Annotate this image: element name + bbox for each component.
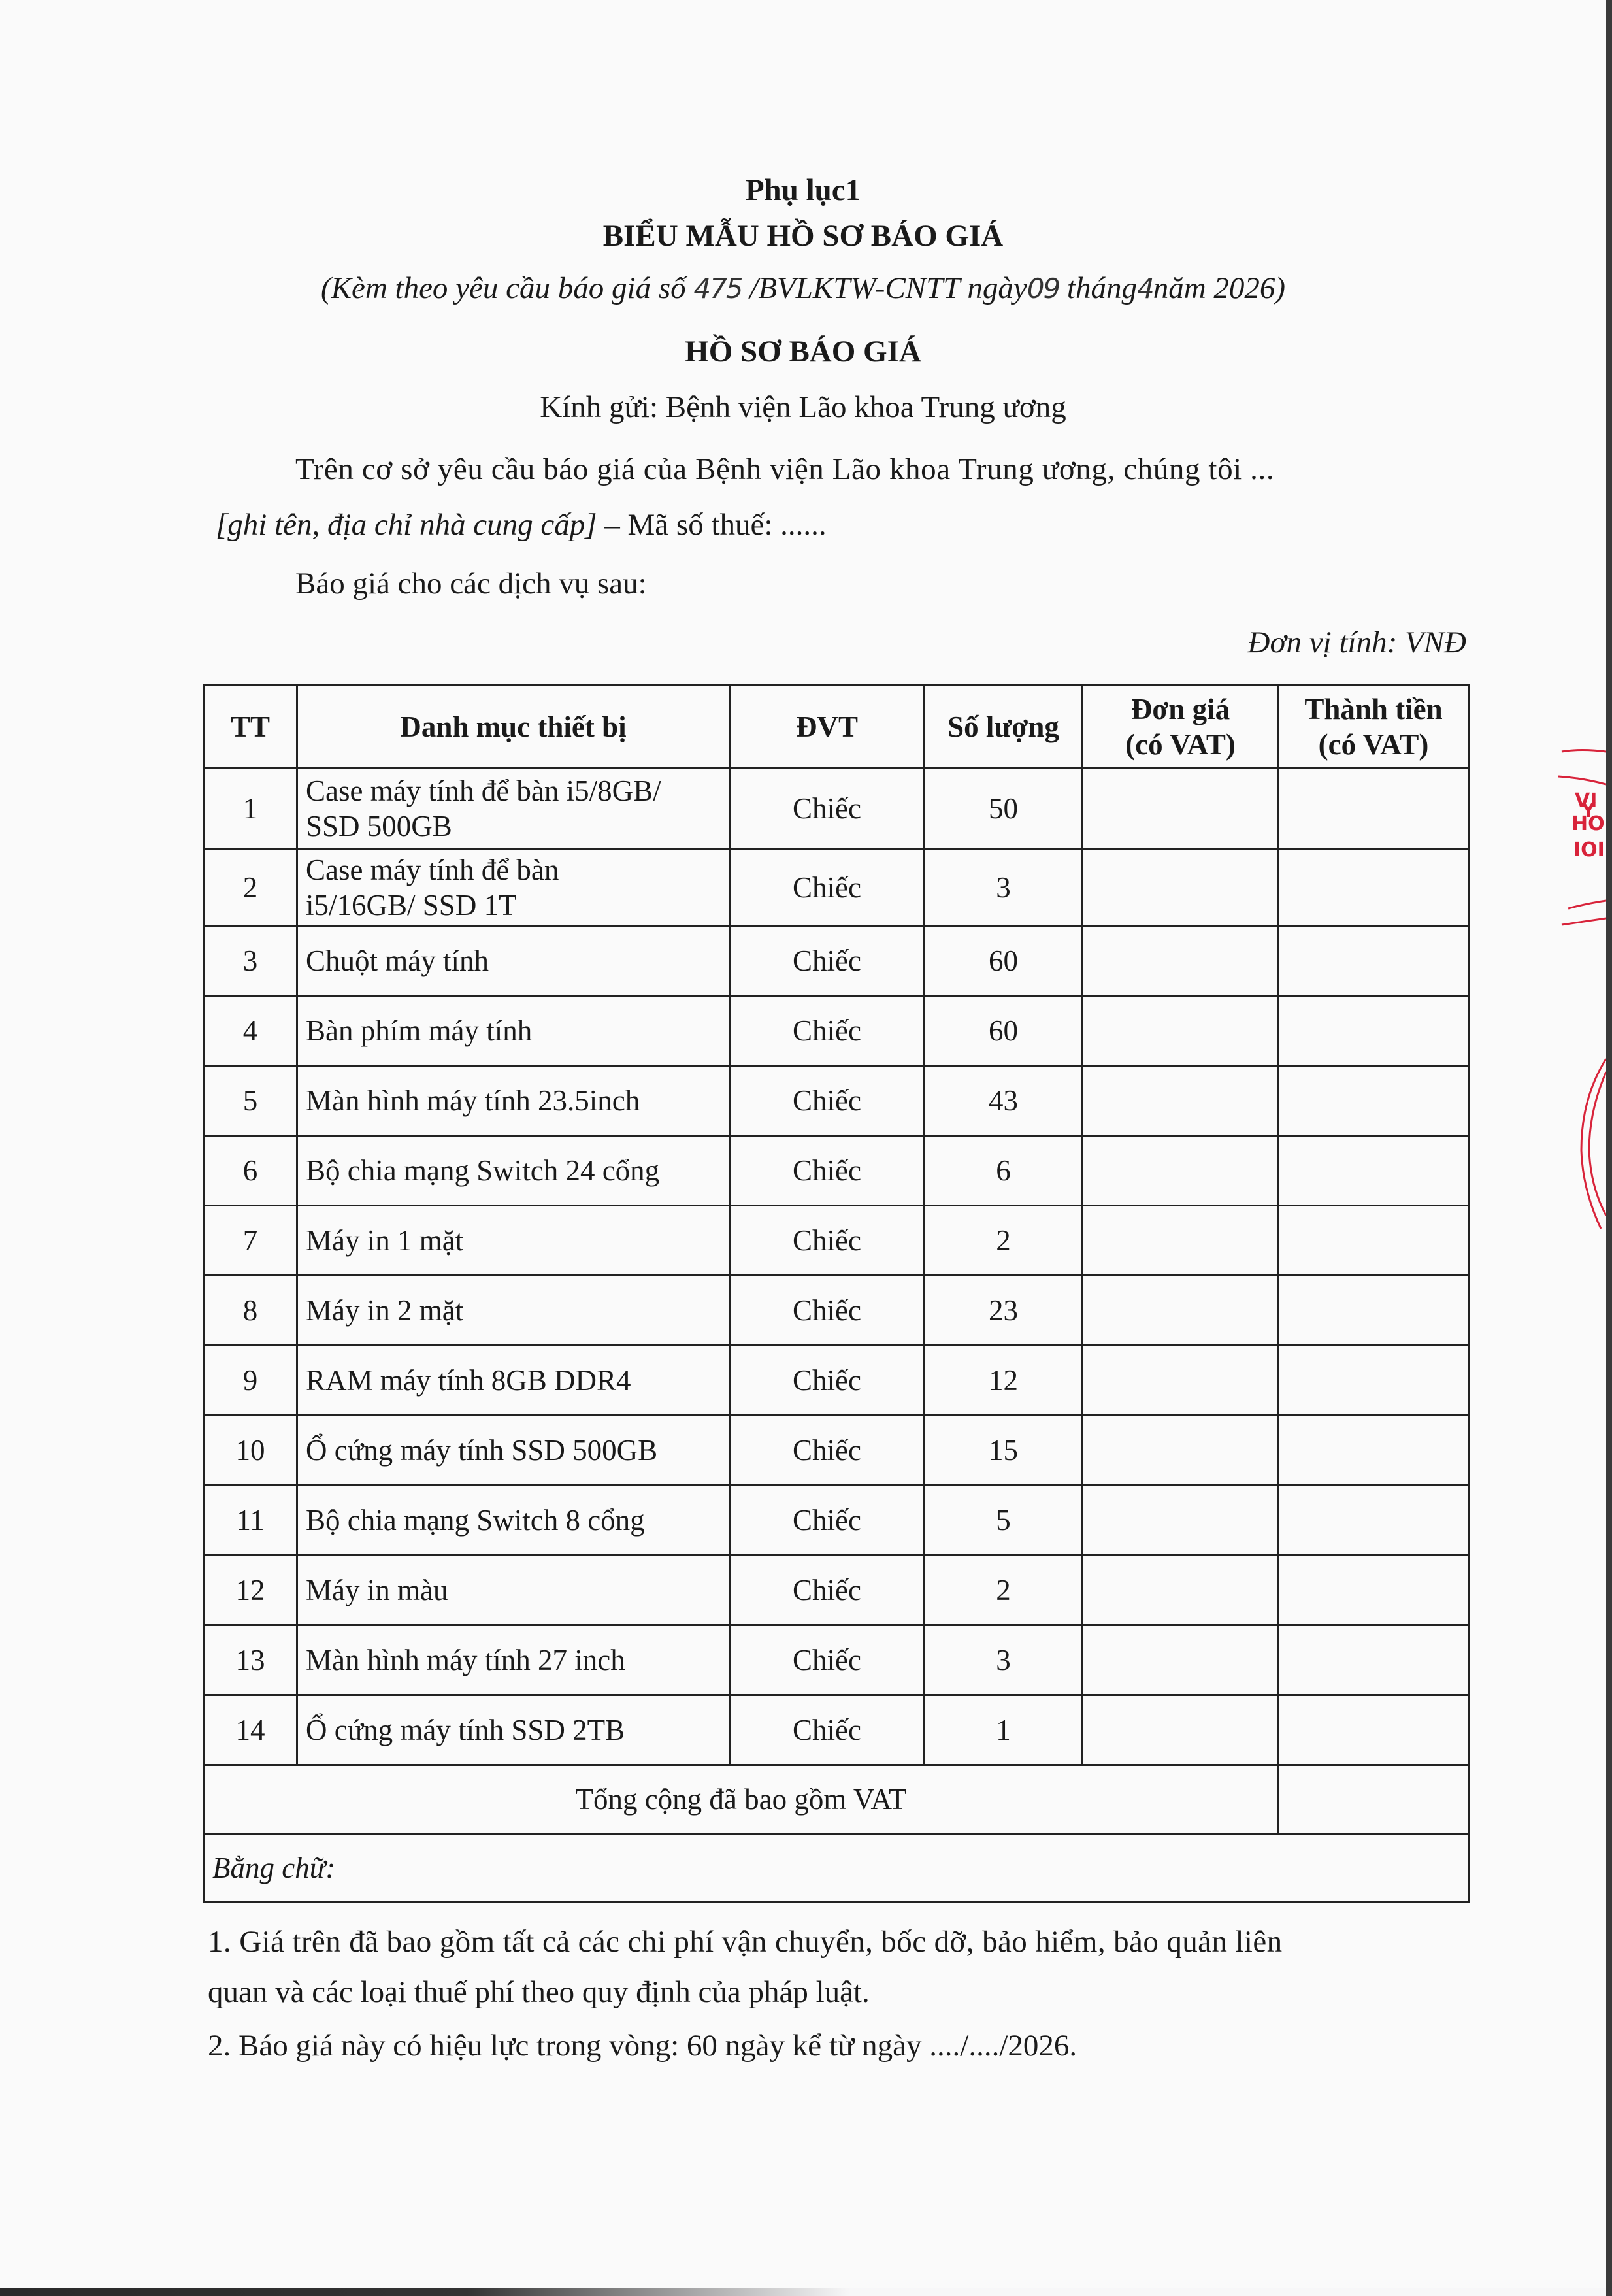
recipient-line: Kính gửi: Bệnh viện Lão khoa Trung ương [0, 392, 1606, 423]
svg-text:IOI: IOI [1573, 839, 1605, 861]
row-total-cell[interactable] [1279, 1695, 1469, 1765]
red-stamp-fragment: YVIHOIOI [1555, 732, 1606, 1242]
row-unit: Chiếc [730, 1066, 925, 1136]
row-price-cell[interactable] [1083, 1556, 1279, 1625]
quote-title: HỒ SƠ BÁO GIÁ [0, 337, 1606, 367]
note-2: 2. Báo giá này có hiệu lực trong vòng: 6… [208, 2031, 1077, 2061]
table-row: 1 Case máy tính để bàn i5/8GB/SSD 500GB … [204, 768, 1469, 850]
row-unit: Chiếc [730, 1276, 925, 1346]
total-value-cell[interactable] [1279, 1765, 1469, 1834]
row-name: Máy in 2 mặt [297, 1276, 730, 1346]
header-tt: TT [204, 686, 297, 768]
row-name-line2: i5/16GB/ SSD 1T [306, 889, 517, 922]
row-tt: 6 [204, 1136, 297, 1206]
row-name-line1: Case máy tính để bàn [306, 854, 559, 886]
row-total-cell[interactable] [1279, 1416, 1469, 1486]
row-unit: Chiếc [730, 1556, 925, 1625]
row-tt: 12 [204, 1556, 297, 1625]
header-price-line2: (có VAT) [1125, 728, 1236, 761]
row-unit: Chiếc [730, 850, 925, 926]
row-tt: 1 [204, 768, 297, 850]
table-row: 10Ổ cứng máy tính SSD 500GBChiếc15 [204, 1416, 1469, 1486]
row-name: Case máy tính để bàn i5/8GB/SSD 500GB [297, 768, 730, 850]
row-unit: Chiếc [730, 1136, 925, 1206]
handwritten-day: 09 [1027, 273, 1059, 305]
table-row: 13Màn hình máy tính 27 inchChiếc3 [204, 1625, 1469, 1695]
table-row: 9RAM máy tính 8GB DDR4Chiếc12 [204, 1346, 1469, 1416]
row-unit: Chiếc [730, 1625, 925, 1695]
table-header-row: TT Danh mục thiết bị ĐVT Số lượng Đơn gi… [204, 686, 1469, 768]
table-row: 6Bộ chia mạng Switch 24 cổngChiếc6 [204, 1136, 1469, 1206]
in-words-row: Bằng chữ: [204, 1834, 1469, 1902]
svg-text:VI: VI [1575, 790, 1597, 812]
header-unit: ĐVT [730, 686, 925, 768]
handwritten-number: 475 [693, 273, 742, 305]
header-name: Danh mục thiết bị [297, 686, 730, 768]
header-total: Thành tiền(có VAT) [1279, 686, 1469, 768]
row-tt: 3 [204, 926, 297, 996]
table-row: 12Máy in màuChiếc2 [204, 1556, 1469, 1625]
stamp-seal-icon: YVIHOIOI [1555, 732, 1606, 1242]
row-qty: 50 [925, 768, 1083, 850]
row-qty: 60 [925, 996, 1083, 1066]
row-name-line1: Case máy tính để bàn i5/8GB/ [306, 774, 661, 807]
in-words-label: Bằng chữ: [212, 1852, 335, 1884]
note-1-line-2: quan và các loại thuế phí theo quy định … [208, 1977, 870, 2008]
currency-note: Đơn vị tính: VNĐ [1111, 627, 1466, 658]
row-price-cell[interactable] [1083, 1346, 1279, 1416]
row-unit: Chiếc [730, 768, 925, 850]
row-total-cell[interactable] [1279, 850, 1469, 926]
row-name-line2: SSD 500GB [306, 810, 452, 842]
row-name: Case máy tính để bàni5/16GB/ SSD 1T [297, 850, 730, 926]
row-total-cell[interactable] [1279, 1206, 1469, 1276]
row-qty: 23 [925, 1276, 1083, 1346]
scan-edge-right [1606, 0, 1612, 2296]
row-price-cell[interactable] [1083, 1206, 1279, 1276]
row-qty: 2 [925, 1556, 1083, 1625]
row-tt: 2 [204, 850, 297, 926]
row-tt: 4 [204, 996, 297, 1066]
row-price-cell[interactable] [1083, 1695, 1279, 1765]
table-row: 5Màn hình máy tính 23.5inchChiếc43 [204, 1066, 1469, 1136]
supplier-placeholder: [ghi tên, địa chỉ nhà cung cấp] [216, 508, 597, 542]
row-price-cell[interactable] [1083, 1486, 1279, 1556]
row-name: Ổ cứng máy tính SSD 2TB [297, 1695, 730, 1765]
header-price: Đơn giá(có VAT) [1083, 686, 1279, 768]
table-row: 11Bộ chia mạng Switch 8 cổngChiếc5 [204, 1486, 1469, 1556]
intro-line-2: [ghi tên, địa chỉ nhà cung cấp] – Mã số … [216, 510, 827, 541]
row-unit: Chiếc [730, 1206, 925, 1276]
total-row: Tổng cộng đã bao gồm VAT [204, 1765, 1469, 1834]
row-total-cell[interactable] [1279, 768, 1469, 850]
row-tt: 10 [204, 1416, 297, 1486]
row-total-cell[interactable] [1279, 1625, 1469, 1695]
row-qty: 60 [925, 926, 1083, 996]
row-tt: 14 [204, 1695, 297, 1765]
row-name: Bộ chia mạng Switch 8 cổng [297, 1486, 730, 1556]
row-qty: 2 [925, 1206, 1083, 1276]
row-total-cell[interactable] [1279, 1136, 1469, 1206]
row-tt: 5 [204, 1066, 297, 1136]
row-name: Màn hình máy tính 23.5inch [297, 1066, 730, 1136]
row-total-cell[interactable] [1279, 1276, 1469, 1346]
document-page: Phụ lục1 BIỂU MẪU HỒ SƠ BÁO GIÁ (Kèm the… [0, 0, 1606, 2288]
row-name: Bộ chia mạng Switch 24 cổng [297, 1136, 730, 1206]
row-name: Bàn phím máy tính [297, 996, 730, 1066]
row-qty: 12 [925, 1346, 1083, 1416]
row-tt: 11 [204, 1486, 297, 1556]
row-qty: 5 [925, 1486, 1083, 1556]
reference-suffix: năm 2026) [1153, 271, 1285, 305]
svg-text:HO: HO [1571, 812, 1605, 835]
row-total-cell[interactable] [1279, 1556, 1469, 1625]
table-row: 4Bàn phím máy tínhChiếc60 [204, 996, 1469, 1066]
table-row: 7Máy in 1 mặtChiếc2 [204, 1206, 1469, 1276]
row-qty: 6 [925, 1136, 1083, 1206]
row-unit: Chiếc [730, 926, 925, 996]
row-name: Máy in màu [297, 1556, 730, 1625]
row-total-cell[interactable] [1279, 1346, 1469, 1416]
row-tt: 8 [204, 1276, 297, 1346]
row-qty: 3 [925, 850, 1083, 926]
row-total-cell[interactable] [1279, 926, 1469, 996]
row-qty: 15 [925, 1416, 1083, 1486]
row-price-cell[interactable] [1083, 1416, 1279, 1486]
row-name: Máy in 1 mặt [297, 1206, 730, 1276]
row-unit: Chiếc [730, 1346, 925, 1416]
row-price-cell[interactable] [1083, 996, 1279, 1066]
table-row: 3Chuột máy tínhChiếc60 [204, 926, 1469, 996]
row-price-cell[interactable] [1083, 1136, 1279, 1206]
row-price-cell[interactable] [1083, 1625, 1279, 1695]
quotation-table: TT Danh mục thiết bị ĐVT Số lượng Đơn gi… [203, 684, 1470, 1903]
reference-prefix: (Kèm theo yêu cầu báo giá số [321, 271, 693, 305]
row-name: RAM máy tính 8GB DDR4 [297, 1346, 730, 1416]
row-qty: 3 [925, 1625, 1083, 1695]
handwritten-month: 4 [1137, 273, 1153, 305]
row-price-cell[interactable] [1083, 1066, 1279, 1136]
total-label: Tổng cộng đã bao gồm VAT [204, 1765, 1279, 1834]
note-1-line-1: 1. Giá trên đã bao gồm tất cả các chi ph… [208, 1927, 1283, 1957]
tax-code-label: – Mã số thuế: ...... [597, 508, 827, 542]
row-tt: 7 [204, 1206, 297, 1276]
row-qty: 1 [925, 1695, 1083, 1765]
form-title: BIỂU MẪU HỒ SƠ BÁO GIÁ [0, 221, 1606, 252]
row-name: Ổ cứng máy tính SSD 500GB [297, 1416, 730, 1486]
row-unit: Chiếc [730, 996, 925, 1066]
scan-edge-bottom [0, 2288, 849, 2296]
reference-middle: /BVLKTW-CNTT ngày [742, 271, 1027, 305]
header-price-line1: Đơn giá [1131, 693, 1230, 725]
row-price-cell[interactable] [1083, 1276, 1279, 1346]
header-total-line2: (có VAT) [1319, 728, 1429, 761]
header-qty: Số lượng [925, 686, 1083, 768]
reference-line: (Kèm theo yêu cầu báo giá số 475 /BVLKTW… [0, 273, 1606, 304]
intro-line-1: Trên cơ sở yêu cầu báo giá của Bệnh viện… [295, 454, 1274, 485]
row-tt: 13 [204, 1625, 297, 1695]
row-unit: Chiếc [730, 1695, 925, 1765]
row-total-cell[interactable] [1279, 996, 1469, 1066]
row-name: Màn hình máy tính 27 inch [297, 1625, 730, 1695]
in-words-cell[interactable]: Bằng chữ: [204, 1834, 1469, 1902]
row-name: Chuột máy tính [297, 926, 730, 996]
appendix-title: Phụ lục1 [0, 175, 1606, 206]
row-price-cell[interactable] [1083, 926, 1279, 996]
row-unit: Chiếc [730, 1416, 925, 1486]
row-price-cell[interactable] [1083, 768, 1279, 850]
services-intro: Báo giá cho các dịch vụ sau: [295, 569, 647, 599]
row-unit: Chiếc [730, 1486, 925, 1556]
reference-month-label: tháng [1059, 271, 1137, 305]
row-total-cell[interactable] [1279, 1486, 1469, 1556]
row-total-cell[interactable] [1279, 1066, 1469, 1136]
row-price-cell[interactable] [1083, 850, 1279, 926]
table-row: 2 Case máy tính để bàni5/16GB/ SSD 1T Ch… [204, 850, 1469, 926]
table-row: 14Ổ cứng máy tính SSD 2TBChiếc1 [204, 1695, 1469, 1765]
row-qty: 43 [925, 1066, 1083, 1136]
header-total-line1: Thành tiền [1304, 693, 1442, 725]
table-row: 8Máy in 2 mặtChiếc23 [204, 1276, 1469, 1346]
row-tt: 9 [204, 1346, 297, 1416]
